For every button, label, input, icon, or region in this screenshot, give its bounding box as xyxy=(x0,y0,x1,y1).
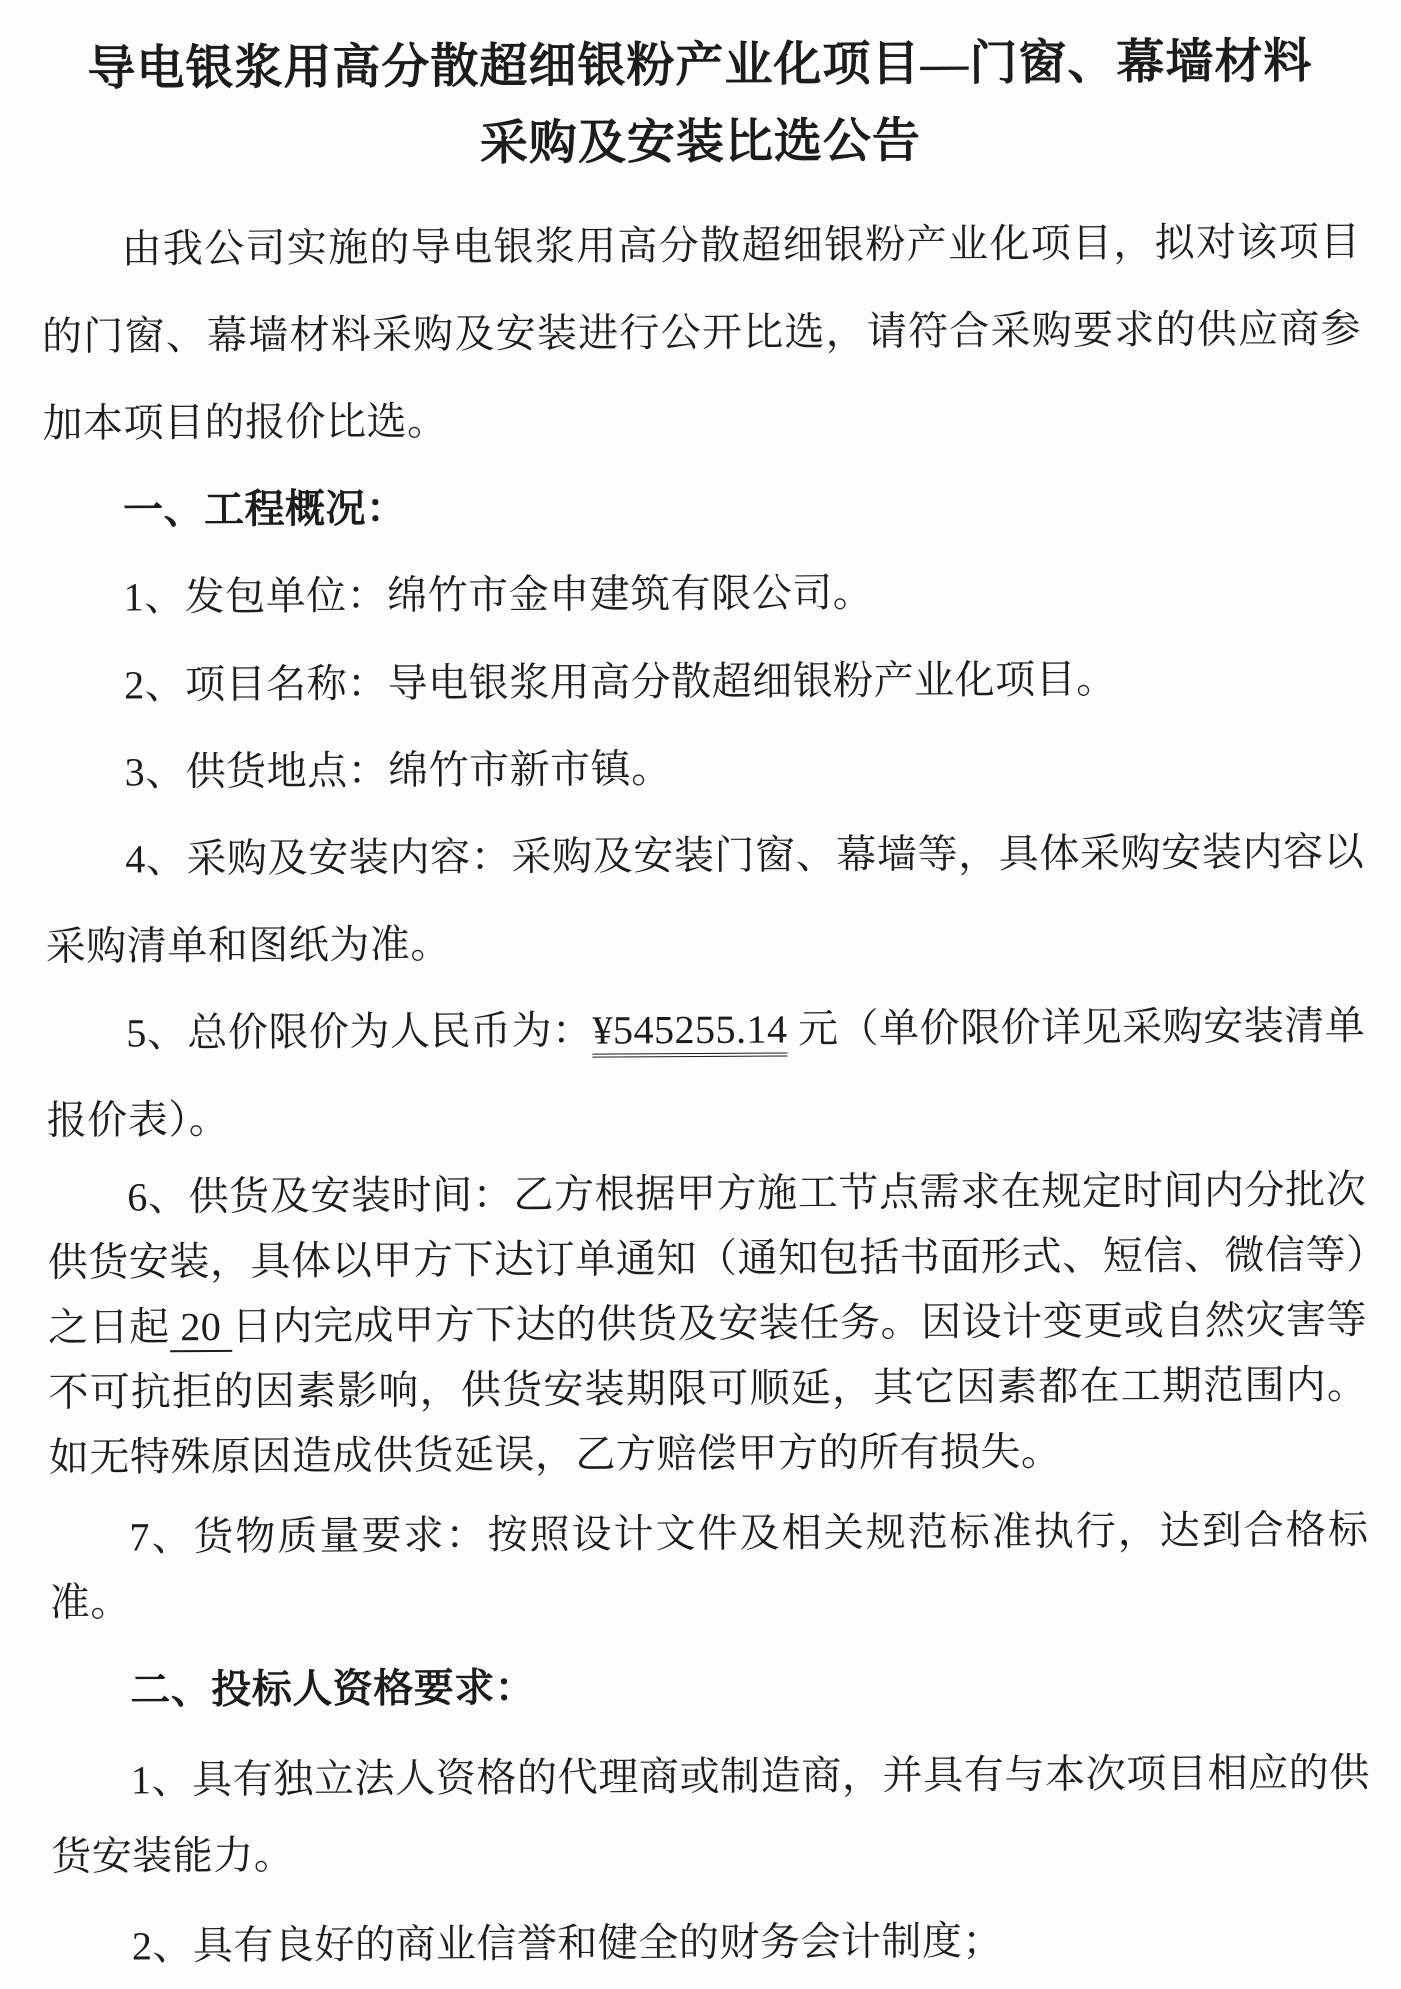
section1-item-4: 4、采购及安装内容：采购及安装门窗、幕墙等，具体采购安装内容以采购清单和图纸为准… xyxy=(45,808,1365,990)
section1-item-2: 2、项目名称：导电银浆用高分散超细银粉产业化项目。 xyxy=(44,633,1364,728)
section1-item-6: 6、供货及安装时间：乙方根据甲方施工节点需求在规定时间内分批次供货安装，具体以甲… xyxy=(47,1157,1368,1491)
document-title: 导电银浆用高分散超细银粉产业化项目—门窗、幕墙材料 采购及安装比选公告 xyxy=(40,24,1360,186)
item6-days-underlined: 20 xyxy=(170,1304,232,1352)
section2-item-1: 1、具有独立法人资格的代理商或制造商，并具有与本次项目相应的供货安装能力。 xyxy=(51,1735,1371,1895)
item5-price-underlined: ¥545255.14 xyxy=(592,1007,787,1058)
section1-item-3: 3、供货地点：绵竹市新市镇。 xyxy=(44,721,1364,816)
section2-item-2: 2、具有良好的商业信誉和健全的财务会计制度； xyxy=(52,1901,1371,1985)
title-line-1: 导电银浆用高分散超细银粉产业化项目—门窗、幕墙材料 xyxy=(40,24,1359,109)
title-line-2: 采购及安装比选公告 xyxy=(41,101,1360,186)
section1-item-7: 7、货物质量要求：按照设计文件及相关规范标准执行，达到合格标准。 xyxy=(49,1497,1369,1635)
item5-prefix: 5、总价限价为人民币为： xyxy=(126,1008,593,1056)
intro-paragraph: 由我公司实施的导电银浆用高分散超细银粉产业化项目，拟对该项目的门窗、幕墙材料采购… xyxy=(41,198,1362,468)
section1-heading: 一、工程概况： xyxy=(43,459,1363,554)
section1-item-5: 5、总价限价为人民币为：¥545255.14 元（单价限价详见采购安装清单报价表… xyxy=(46,982,1366,1164)
section1-item-1: 1、发包单位：绵竹市金申建筑有限公司。 xyxy=(43,546,1363,641)
item6-text-part2: 日内完成甲方下达的供货及安装任务。因设计变更或自然灾害等不可抗拒的因素影响，供货… xyxy=(48,1297,1367,1480)
document-page: 导电银浆用高分散超细银粉产业化项目—门窗、幕墙材料 采购及安装比选公告 由我公司… xyxy=(0,0,1401,1989)
section2-heading: 二、投标人资格要求： xyxy=(50,1645,1369,1729)
